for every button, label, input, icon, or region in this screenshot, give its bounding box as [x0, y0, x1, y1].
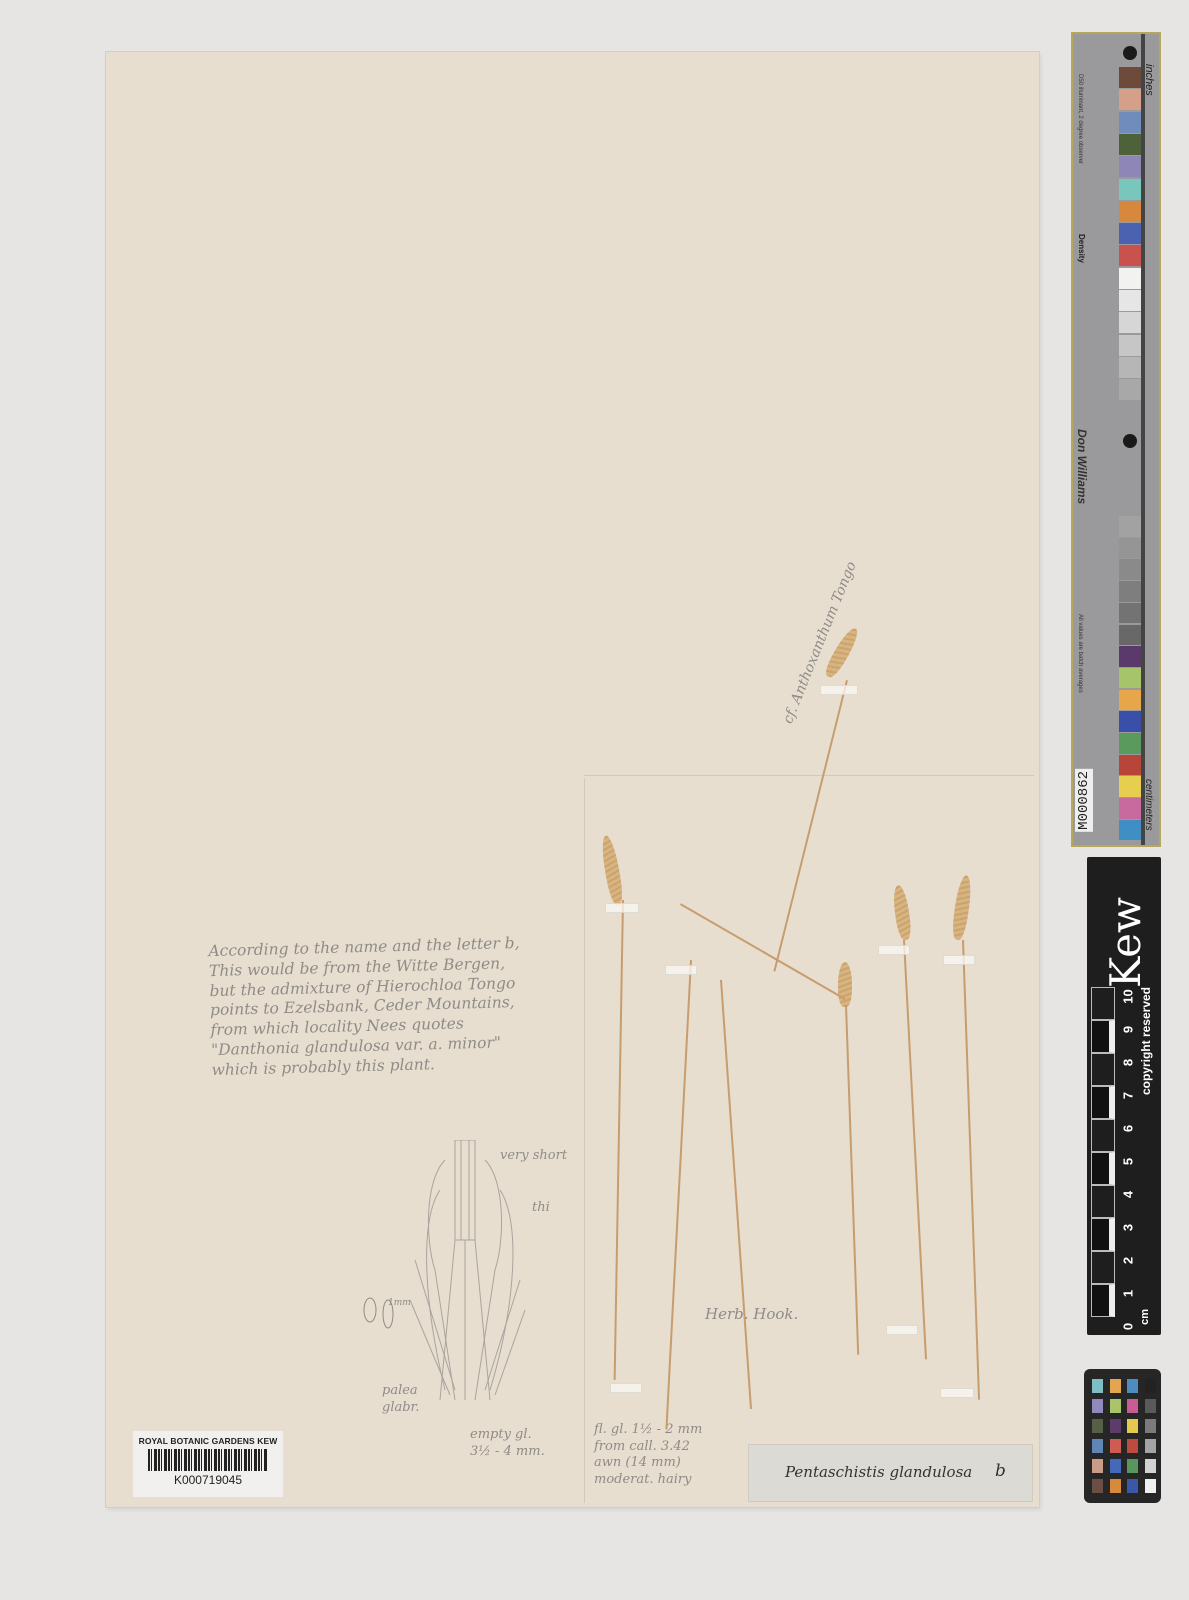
- scale-number: 6: [1121, 1118, 1136, 1140]
- ruler-ticks: [1141, 34, 1145, 845]
- color-patch: [1119, 668, 1141, 689]
- checker-swatch: [1092, 1459, 1103, 1473]
- copyright-label: copyright reserved: [1139, 987, 1153, 1095]
- color-patch: [1119, 603, 1141, 624]
- inflorescence: [838, 962, 852, 1007]
- empty-glume-note: empty gl. 3½ - 4 mm.: [470, 1427, 545, 1460]
- checker-swatch: [1110, 1459, 1121, 1473]
- color-patch: [1119, 268, 1141, 289]
- scale-unit: cm: [1139, 1309, 1151, 1325]
- color-patch: [1119, 755, 1141, 776]
- scale-number: 8: [1121, 1052, 1136, 1074]
- color-patch: [1119, 312, 1141, 333]
- color-patch: [1119, 733, 1141, 754]
- kew-logo: Kew: [1101, 897, 1150, 988]
- checker-swatch: [1127, 1379, 1138, 1393]
- color-patch: [1119, 357, 1141, 378]
- checker-swatch: [1092, 1399, 1103, 1413]
- color-patch: [1119, 690, 1141, 711]
- ruler-id: M000862: [1075, 769, 1093, 832]
- ruler-hole: [1123, 46, 1137, 60]
- scale-block: [1091, 1053, 1115, 1086]
- checker-swatch: [1145, 1439, 1156, 1453]
- checker-swatch: [1127, 1419, 1138, 1433]
- scale-number: 7: [1121, 1085, 1136, 1107]
- scale-block: [1091, 1020, 1115, 1053]
- color-patch: [1119, 581, 1141, 602]
- color-patch: [1119, 798, 1141, 819]
- mounting-strap: [943, 955, 975, 965]
- color-patch: [1119, 646, 1141, 667]
- color-calibration-ruler: inches centimeters Density D50 illuminan…: [1071, 32, 1161, 847]
- checker-swatch: [1110, 1379, 1121, 1393]
- color-patch: [1119, 516, 1141, 537]
- batch-note: All values are batch averages: [1077, 614, 1083, 693]
- scale-block: [1091, 1251, 1115, 1284]
- scale-block: [1091, 1119, 1115, 1152]
- color-patch: [1119, 245, 1141, 266]
- density-label: Density: [1077, 234, 1086, 263]
- flowering-glume-note: fl. gl. 1½ - 2 mm from call. 3.42 awn (1…: [594, 1422, 702, 1489]
- color-checker-card: [1084, 1369, 1161, 1503]
- color-patch: [1119, 335, 1141, 356]
- mounting-strap: [878, 945, 910, 955]
- checker-swatch: [1110, 1479, 1121, 1493]
- checker-swatch: [1092, 1439, 1103, 1453]
- color-patch: [1119, 223, 1141, 244]
- mounting-strap: [665, 965, 697, 975]
- herb-hook-note: Herb. Hook.: [705, 1305, 798, 1324]
- scale-number: 4: [1121, 1184, 1136, 1206]
- scale-number: 1: [1121, 1283, 1136, 1305]
- mounting-strap: [605, 903, 639, 913]
- scale-1mm-label: 1mm: [388, 1298, 411, 1310]
- scale-block: [1091, 1152, 1115, 1185]
- color-patch: [1119, 820, 1141, 841]
- checker-swatch: [1127, 1399, 1138, 1413]
- color-patch: [1119, 379, 1141, 400]
- color-patch: [1119, 625, 1141, 646]
- mounting-strap: [886, 1325, 918, 1335]
- color-patch: [1119, 156, 1141, 177]
- color-patch: [1119, 112, 1141, 133]
- scale-number: 10: [1121, 986, 1136, 1008]
- barcode: [148, 1449, 268, 1471]
- checker-swatch: [1092, 1419, 1103, 1433]
- scale-number: 3: [1121, 1217, 1136, 1239]
- checker-swatch: [1127, 1479, 1138, 1493]
- spikelet-drawing: [395, 1140, 575, 1420]
- kew-scale-bar: Kew copyright reserved 012345678910 cm: [1087, 857, 1161, 1335]
- collection-letter: b: [995, 1461, 1006, 1481]
- scale-block: [1091, 987, 1115, 1020]
- determination-slip: Pentaschistis glandulosa b: [748, 1444, 1033, 1502]
- color-patch: [1119, 776, 1141, 797]
- checker-swatch: [1110, 1419, 1121, 1433]
- unit-label-inches: inches: [1143, 64, 1155, 96]
- color-patch: [1119, 179, 1141, 200]
- sheet-crease-horizontal: [584, 775, 1034, 776]
- color-patch: [1119, 559, 1141, 580]
- color-patch: [1119, 89, 1141, 110]
- color-patch: [1119, 134, 1141, 155]
- scale-number: 9: [1121, 1019, 1136, 1041]
- color-patch: [1119, 538, 1141, 559]
- unit-label-centimeters: centimeters: [1143, 779, 1154, 831]
- thi-note: thi: [532, 1200, 550, 1217]
- mounting-strap: [610, 1383, 642, 1393]
- scale-block: [1091, 1086, 1115, 1119]
- barcode-label: ROYAL BOTANIC GARDENS KEW K000719045: [133, 1431, 283, 1497]
- mounting-strap: [940, 1388, 974, 1398]
- handwritten-note: According to the name and the letter b, …: [208, 934, 523, 1081]
- checker-swatch: [1145, 1379, 1156, 1393]
- sheet-crease-vertical: [584, 778, 585, 1503]
- checker-swatch: [1110, 1399, 1121, 1413]
- scale-number: 0: [1121, 1316, 1136, 1338]
- taxon-name: Pentaschistis glandulosa: [785, 1463, 972, 1481]
- palea-note: palea glabr.: [382, 1383, 419, 1416]
- checker-swatch: [1127, 1439, 1138, 1453]
- ruler-hole: [1123, 434, 1137, 448]
- color-patch: [1119, 67, 1141, 88]
- scale-block: [1091, 1185, 1115, 1218]
- mounting-strap: [820, 685, 858, 695]
- very-short-note: very short: [500, 1148, 567, 1165]
- checker-swatch: [1145, 1419, 1156, 1433]
- checker-swatch: [1127, 1459, 1138, 1473]
- checker-swatch: [1145, 1399, 1156, 1413]
- ruler-brand: Don Williams: [1075, 429, 1089, 504]
- color-patch: [1119, 201, 1141, 222]
- institution-name: ROYAL BOTANIC GARDENS KEW: [133, 1436, 283, 1446]
- color-patch: [1119, 290, 1141, 311]
- scale-block: [1091, 1218, 1115, 1251]
- checker-swatch: [1145, 1459, 1156, 1473]
- color-patch: [1119, 711, 1141, 732]
- illuminant-note: D50 illuminant, 2 degree observer: [1077, 74, 1083, 164]
- checker-swatch: [1145, 1479, 1156, 1493]
- checker-swatch: [1110, 1439, 1121, 1453]
- scale-block: [1091, 1284, 1115, 1317]
- checker-swatch: [1092, 1379, 1103, 1393]
- scale-numbers: 012345678910: [1117, 989, 1139, 1319]
- scale-number: 5: [1121, 1151, 1136, 1173]
- scale-number: 2: [1121, 1250, 1136, 1272]
- barcode-number: K000719045: [133, 1473, 283, 1487]
- checker-swatch: [1092, 1479, 1103, 1493]
